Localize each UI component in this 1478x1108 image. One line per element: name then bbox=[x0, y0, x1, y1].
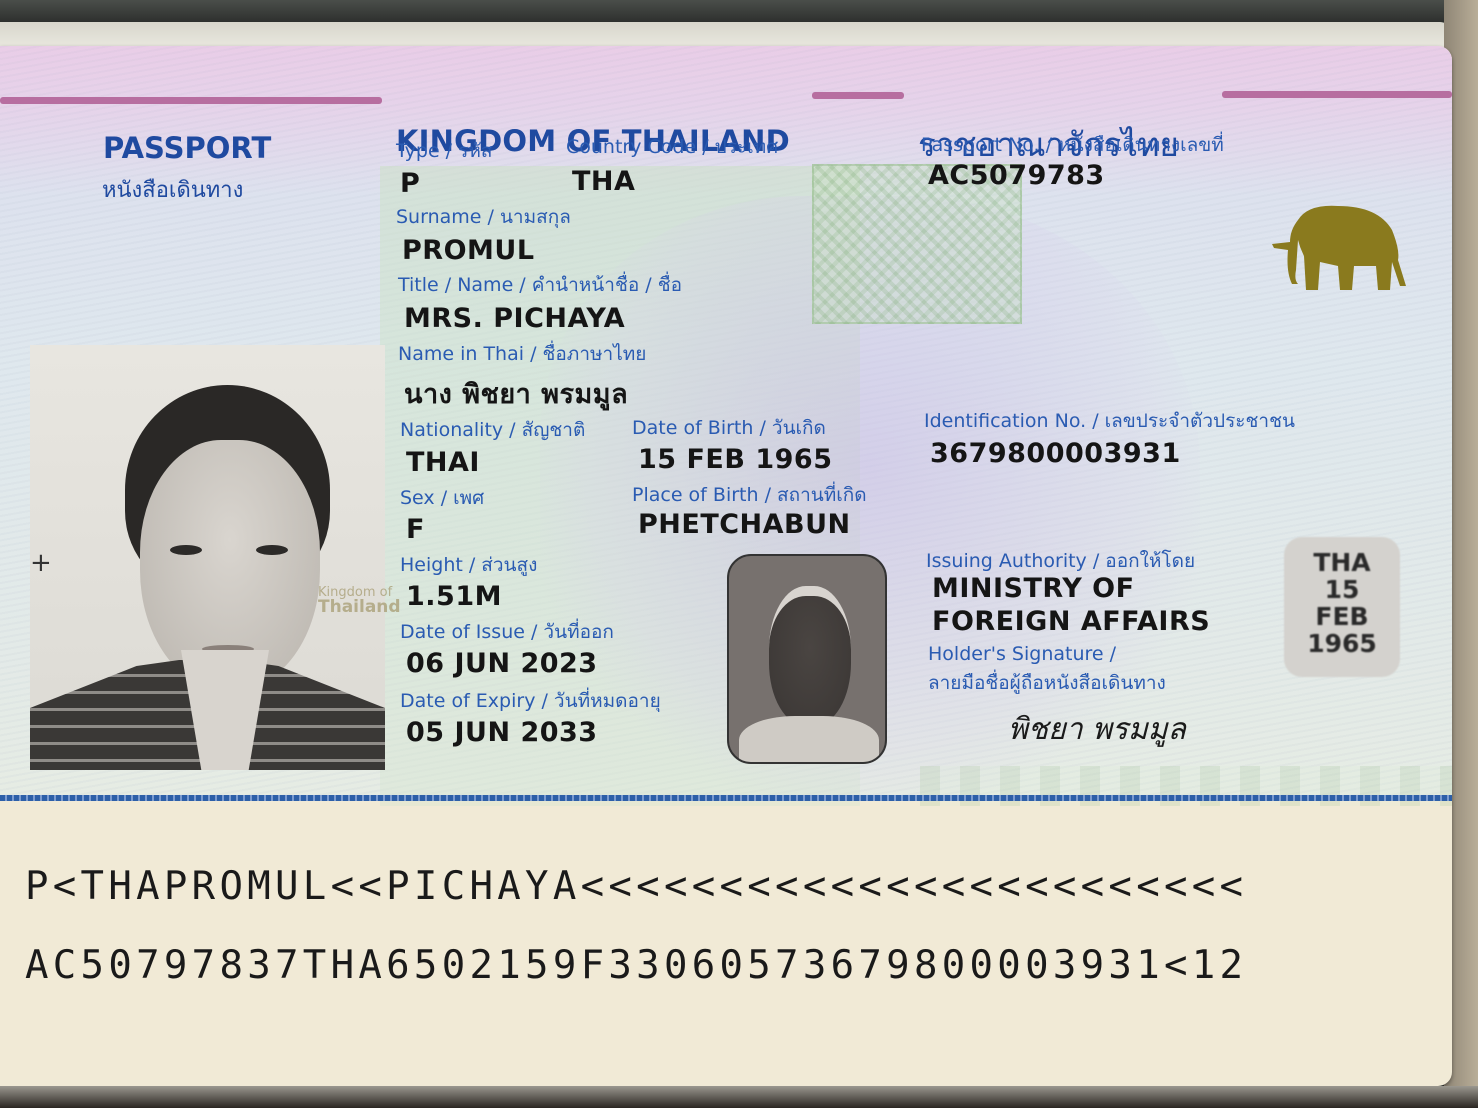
surname-value: PROMUL bbox=[402, 235, 535, 266]
holder-photo bbox=[30, 345, 385, 770]
dob-window-year: 1965 bbox=[1284, 630, 1400, 657]
type-value: P bbox=[400, 168, 420, 199]
nationality-value: THAI bbox=[406, 447, 480, 478]
dob-window-day: 15 bbox=[1284, 576, 1400, 603]
place-of-birth-label: Place of Birth / สถานที่เกิด bbox=[632, 480, 867, 510]
dob-window-month: FEB bbox=[1284, 603, 1400, 630]
id-no-value: 3679800003931 bbox=[930, 438, 1181, 469]
passport-data-page: KINGDOM OF THAILAND ราชอาณาจักรไทย PASSP… bbox=[0, 46, 1452, 1086]
ghost-face bbox=[769, 586, 851, 726]
passport-no-label: Passport No. / หนังสือเดินทางเลขที่ bbox=[921, 130, 1224, 160]
place-of-birth-value: PHETCHABUN bbox=[638, 509, 851, 540]
sex-value: F bbox=[406, 514, 425, 545]
photo-eye-right bbox=[256, 545, 288, 555]
height-value: 1.51M bbox=[406, 581, 502, 612]
issuing-authority-label: Issuing Authority / ออกให้โดย bbox=[926, 546, 1195, 576]
height-label: Height / ส่วนสูง bbox=[400, 550, 537, 580]
date-of-issue-label: Date of Issue / วันที่ออก bbox=[400, 617, 614, 647]
header-rule-middle bbox=[812, 92, 904, 99]
id-no-label: Identification No. / เลขประจำตัวประชาชน bbox=[924, 406, 1295, 436]
name-thai-value: นาง พิชยา พรมมูล bbox=[404, 372, 628, 415]
country-code-label: Country Code / ประเทศ bbox=[566, 132, 778, 162]
visual-inspection-zone: KINGDOM OF THAILAND ราชอาณาจักรไทย PASSP… bbox=[0, 46, 1452, 798]
signature-label-en: Holder's Signature / bbox=[928, 643, 1116, 665]
holder-signature: พิชยา พรมมูล bbox=[1008, 706, 1186, 753]
issuing-authority-line2: FOREIGN AFFAIRS bbox=[932, 606, 1210, 637]
mrz-line-1: P<THAPROMUL<<PICHAYA<<<<<<<<<<<<<<<<<<<<… bbox=[25, 864, 1247, 909]
given-name-value: MRS. PICHAYA bbox=[404, 303, 625, 334]
document-title-th: หนังสือเดินทาง bbox=[102, 172, 243, 207]
header-rule-right bbox=[1222, 91, 1452, 98]
sex-label: Sex / เพศ bbox=[400, 483, 484, 513]
given-name-label: Title / Name / คำนำหน้าชื่อ / ชื่อ bbox=[398, 270, 682, 300]
dob-label: Date of Birth / วันเกิด bbox=[632, 413, 826, 443]
dob-value: 15 FEB 1965 bbox=[638, 444, 833, 475]
issuing-authority-line1: MINISTRY OF bbox=[932, 573, 1135, 604]
date-of-expiry-value: 05 JUN 2033 bbox=[406, 717, 598, 748]
microprint-line bbox=[0, 795, 1452, 801]
document-title-en: PASSPORT bbox=[103, 131, 271, 165]
gold-elephant-icon bbox=[1268, 200, 1412, 296]
signature-label-th: ลายมือชื่อผู้ถือหนังสือเดินทาง bbox=[928, 668, 1166, 698]
country-code-value: THA bbox=[572, 166, 635, 197]
hologram-big-text: Thailand bbox=[318, 597, 401, 617]
secondary-dob-window: THA 15 FEB 1965 bbox=[1284, 537, 1400, 677]
passport-no-value: AC5079783 bbox=[928, 160, 1105, 191]
type-label: Type / รหัส bbox=[396, 136, 492, 166]
passport-cover-edge bbox=[0, 0, 1478, 22]
header-rule-left bbox=[0, 97, 382, 104]
mrz-line-2: AC50797837THA6502159F3306057367980000393… bbox=[25, 943, 1247, 988]
date-of-expiry-label: Date of Expiry / วันที่หมดอายุ bbox=[400, 686, 661, 716]
plus-mark-icon: + bbox=[30, 548, 52, 578]
ghost-photo bbox=[727, 554, 887, 764]
photo-eye-left bbox=[170, 545, 202, 555]
surname-label: Surname / นามสกุล bbox=[396, 202, 571, 232]
ghost-body bbox=[739, 716, 879, 764]
hologram-text: Kingdom of Thailand bbox=[318, 586, 401, 616]
page-bottom-edge bbox=[0, 1086, 1478, 1108]
dob-window-country: THA bbox=[1284, 549, 1400, 576]
nationality-label: Nationality / สัญชาติ bbox=[400, 415, 585, 445]
date-of-issue-value: 06 JUN 2023 bbox=[406, 648, 598, 679]
name-thai-label: Name in Thai / ชื่อภาษาไทย bbox=[398, 339, 646, 369]
